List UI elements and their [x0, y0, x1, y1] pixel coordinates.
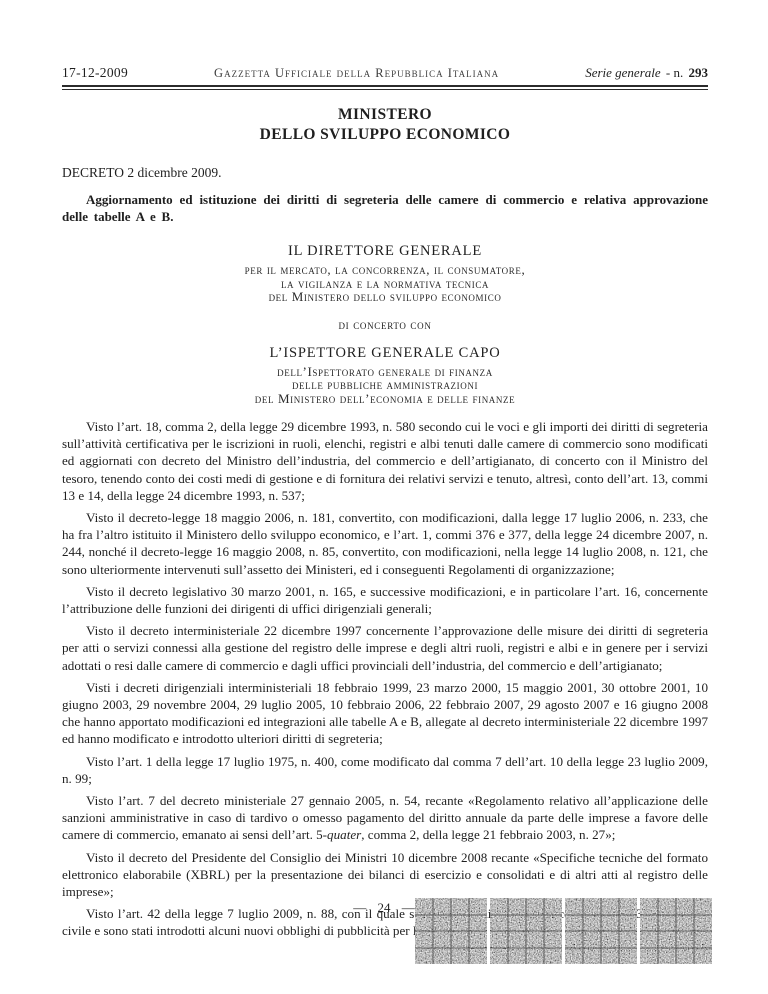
- page-footer: — 24 —: [0, 894, 768, 976]
- series-label: Serie generale: [585, 65, 660, 80]
- series-separator: - n.: [666, 65, 683, 80]
- decree-summary: Aggiornamento ed istituzione dei diritti…: [62, 191, 708, 225]
- director-general-subtitle-2: la vigilanza e la normativa tecnica: [62, 277, 708, 291]
- recital-paragraph-8: Visto il decreto del Presidente del Cons…: [62, 849, 708, 901]
- series-number: 293: [688, 65, 708, 80]
- inspector-general-subtitle-2: delle pubbliche amministrazioni: [62, 378, 708, 392]
- page-content: 17-12-2009 Gazzetta Ufficiale della Repu…: [0, 0, 768, 940]
- gazette-title: Gazzetta Ufficiale della Repubblica Ital…: [214, 66, 499, 81]
- issue-date: 17-12-2009: [62, 65, 128, 81]
- scan-noise-block-3: [565, 898, 637, 964]
- ministry-title: MINISTERO DELLO SVILUPPO ECONOMICO: [62, 105, 708, 145]
- recital-paragraph-5: Visti i decreti dirigenziali interminist…: [62, 679, 708, 748]
- director-general-subtitle-1: per il mercato, la concorrenza, il consu…: [62, 263, 708, 277]
- authority-block: IL DIRETTORE GENERALE per il mercato, la…: [62, 243, 708, 405]
- recitals-section: Visto l’art. 18, comma 2, della legge 29…: [62, 418, 708, 940]
- decree-date-line: DECRETO 2 dicembre 2009.: [62, 165, 708, 181]
- series-info: Serie generale - n. 293: [585, 65, 708, 81]
- ministry-title-line2: DELLO SVILUPPO ECONOMICO: [260, 126, 511, 143]
- scan-noise-block-2: [490, 898, 562, 964]
- recital-paragraph-6: Visto l’art. 1 della legge 17 luglio 197…: [62, 753, 708, 787]
- inspector-general-title: L’ISPETTORE GENERALE CAPO: [62, 345, 708, 362]
- recital-paragraph-7: Visto l’art. 7 del decreto ministeriale …: [62, 792, 708, 844]
- recital-paragraph-1: Visto l’art. 18, comma 2, della legge 29…: [62, 418, 708, 504]
- recital-paragraph-7-italic: quater: [327, 827, 361, 842]
- recital-paragraph-7-post: , comma 2, della legge 21 febbraio 2003,…: [361, 827, 615, 842]
- inspector-general-subtitle-3: del Ministero dell’economia e delle fina…: [62, 392, 708, 406]
- masthead: 17-12-2009 Gazzetta Ufficiale della Repu…: [62, 65, 708, 81]
- recital-paragraph-2: Visto il decreto-legge 18 maggio 2006, n…: [62, 509, 708, 578]
- recital-paragraph-4: Visto il decreto interministeriale 22 di…: [62, 622, 708, 674]
- ministry-title-line1: MINISTERO: [338, 106, 432, 123]
- director-general-title: IL DIRETTORE GENERALE: [62, 243, 708, 260]
- scan-stamp-row: [415, 898, 712, 964]
- gazette-page: 17-12-2009 Gazzetta Ufficiale della Repu…: [0, 0, 768, 994]
- director-general-subtitle-3: del Ministero dello sviluppo economico: [62, 290, 708, 304]
- scan-noise-block-4: [640, 898, 712, 964]
- masthead-divider: [62, 85, 708, 90]
- inspector-general-subtitle-1: dell’Ispettorato generale di finanza: [62, 365, 708, 379]
- recital-paragraph-3: Visto il decreto legislativo 30 marzo 20…: [62, 583, 708, 617]
- scan-noise-block-1: [415, 898, 487, 964]
- concert-line: di concerto con: [62, 318, 708, 333]
